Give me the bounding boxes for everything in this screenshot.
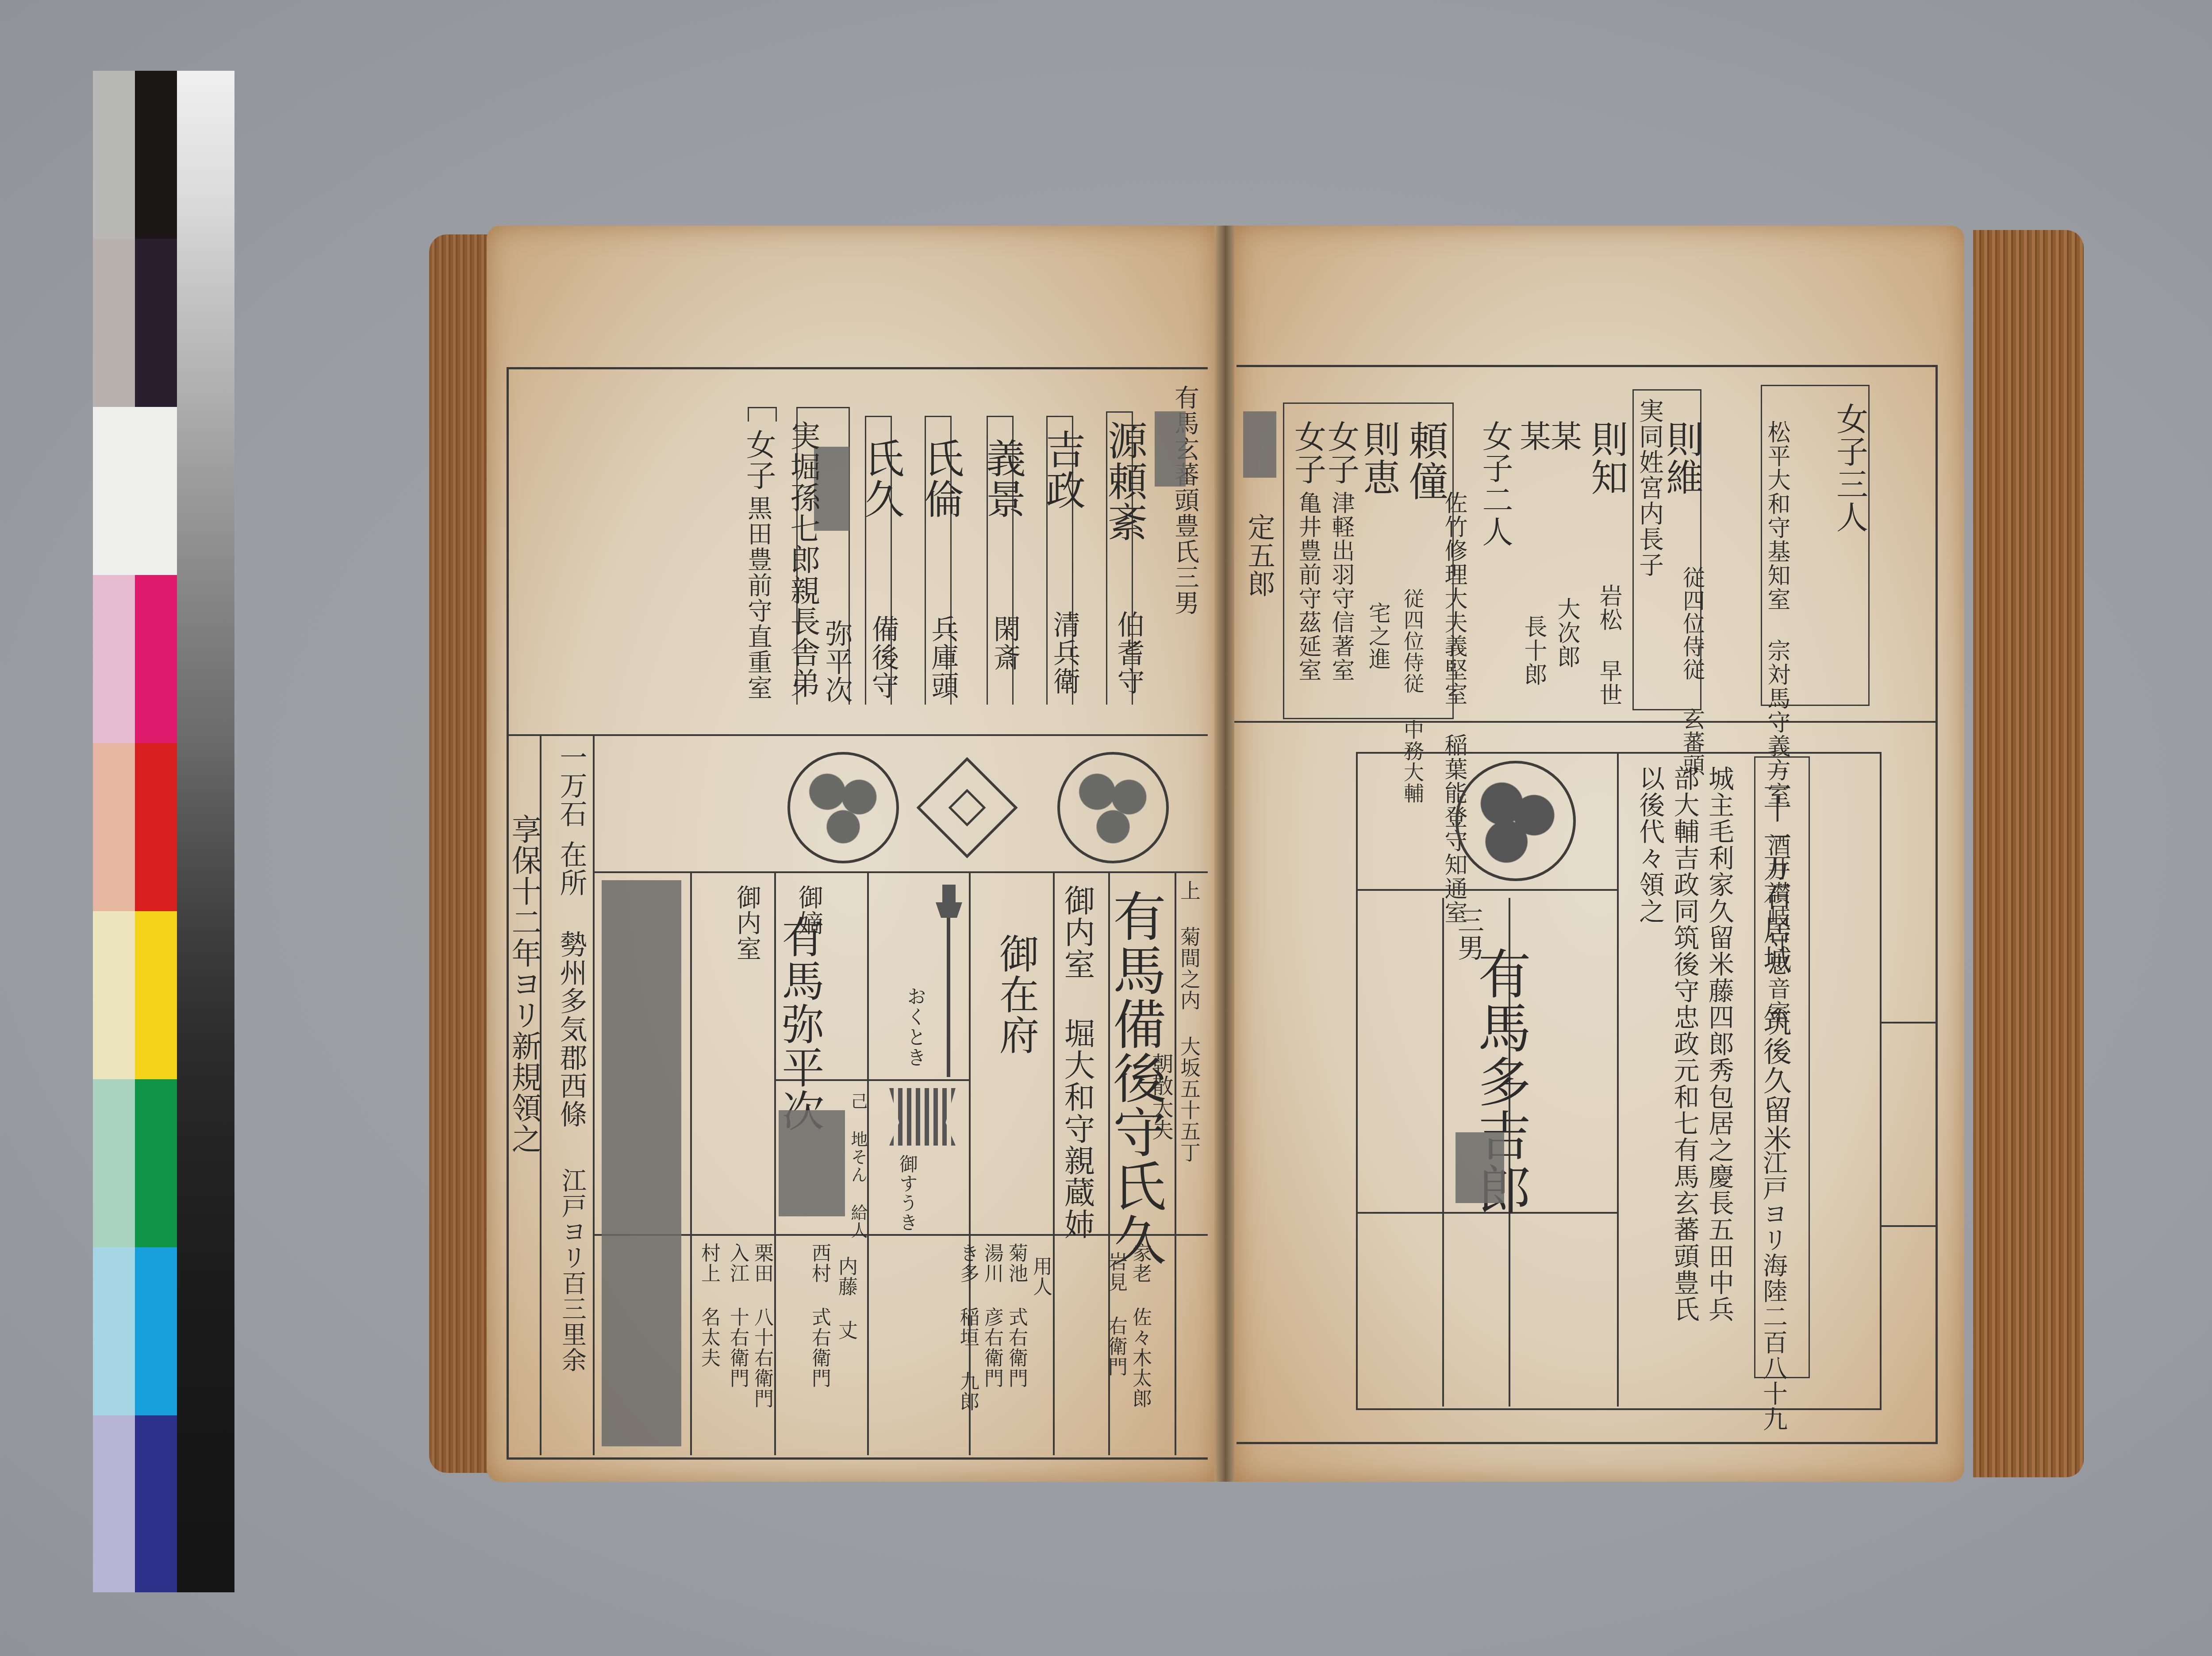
retainer-heading: 用人 — [1031, 1256, 1050, 1297]
spear-label: おくとき — [905, 986, 924, 1068]
crest-row-divider — [593, 871, 1208, 873]
genealogy-title: 弥平次 — [823, 619, 850, 704]
genealogy-name: 女子 — [743, 429, 773, 491]
standard-label: 御すうき — [898, 1154, 917, 1232]
genealogy-name: 義景 — [982, 438, 1022, 519]
retainer-list: 西村 式右衛門 — [810, 1243, 829, 1388]
genealogy-title: 宅之進 — [1367, 602, 1389, 671]
black-seal-box — [1455, 1132, 1504, 1203]
genealogy-name: 則恵 — [1360, 420, 1398, 496]
retainer-list: き多 稲垣 九郎 — [958, 1243, 977, 1412]
domain-history: 城主毛利家久留米藤四郎秀包居之慶長五田中兵部大輔吉政同筑後守忠政元和七有馬玄蕃頭… — [1632, 765, 1736, 1340]
calibration-patch — [135, 71, 177, 239]
genealogy-name: 某 — [1548, 420, 1579, 452]
genealogy-note: 実同姓宮内長子 — [1637, 398, 1662, 578]
genealogy-name: 頼僮 — [1405, 420, 1444, 502]
column-divider — [1617, 752, 1619, 1407]
column-divider — [1442, 898, 1444, 1407]
genealogy-name: 女子三人 — [1834, 402, 1866, 533]
calibration-patch — [135, 743, 177, 911]
mitsudomoe-crest-icon — [1057, 752, 1169, 863]
calibration-tint-column — [93, 71, 135, 1592]
retainer-list: 入江 十右衛門 — [728, 1243, 747, 1388]
calibration-patch — [93, 407, 135, 575]
column-divider — [1175, 871, 1176, 1455]
calibration-patch — [135, 239, 177, 407]
cell-divider — [1880, 1225, 1938, 1227]
calibration-saturated-column — [135, 71, 177, 1592]
residence-status: 御在府 — [995, 933, 1035, 1055]
book-fore-edge-left — [429, 234, 495, 1473]
genealogy-name: 実堀孫七郎親長舎弟 — [787, 420, 818, 699]
column-divider — [593, 734, 595, 1455]
retainer-list: 湯川 彦右衛門 — [982, 1243, 1002, 1388]
retainer-list: 菊池 式右衛門 — [1006, 1243, 1026, 1388]
genealogy-name: 源頼紊 — [1104, 420, 1144, 542]
gutter-label: 上 菊間之内 大坂五十五丁 — [1179, 880, 1199, 1163]
genealogy-name: 氏倫 — [920, 438, 960, 519]
genealogy-title: 清兵衛 — [1051, 610, 1078, 695]
distance-from-edo: 江戸ヨリ百三里余 — [560, 1168, 584, 1373]
calibration-patch — [93, 1079, 135, 1247]
distance-from-edo: 江戸ヨリ海陸二百八十九 — [1761, 1150, 1786, 1432]
book-fore-edge-right — [1973, 230, 2084, 1477]
calibration-patch — [135, 1415, 177, 1592]
retainer-list: 栗田 八十右衛門 — [752, 1243, 772, 1409]
retainer-heading: 内藤 丈 — [836, 1256, 856, 1341]
calibration-patch — [93, 239, 135, 407]
genealogy-title: 長十郎 — [1522, 615, 1545, 686]
crest-row-divider — [1356, 889, 1617, 891]
genealogy-note: 津軽出羽守信著室 — [1329, 491, 1352, 682]
lord-spouse: 御内室 堀大和守親蔵姉 — [1062, 885, 1093, 1240]
heir-spouse: 御内室 — [734, 885, 759, 962]
black-seal-box — [779, 1110, 845, 1216]
castle: 居城 筑後久留米 — [1761, 916, 1789, 1154]
section-divider — [507, 734, 1208, 736]
black-seal-box — [1155, 411, 1186, 487]
domain-note: 享保十二年ヨリ新規領之 — [509, 814, 539, 1154]
retainer-list: 家老 佐々木太郎 — [1130, 1243, 1150, 1409]
domain-location: 在所 勢州多気郡西條 — [557, 840, 585, 1128]
open-book: 有馬玄蕃頭豊氏三男 源頼紊 伯耆守 吉政 清兵衛 義景 閑斎 氏倫 兵庫頭 氏久… — [420, 221, 2093, 1486]
genealogy-name: 某 — [1517, 420, 1548, 452]
genealogy-title: 従四位侍従 玄蕃頭 — [1681, 566, 1703, 777]
spear-standard-icon — [929, 885, 969, 1079]
calibration-patch — [93, 575, 135, 743]
genealogy-name: 女子 — [1325, 420, 1357, 486]
genealogy-name: 則維 — [1663, 420, 1701, 496]
black-seal-box — [1243, 411, 1276, 478]
calibration-grayscale-column — [177, 71, 234, 1592]
genealogy-title: 伯耆守 — [1115, 610, 1142, 695]
genealogy-title: 兵庫頭 — [929, 615, 956, 700]
genealogy-note: 亀井豊前守茲延室 — [1296, 491, 1319, 682]
genealogy-title: 大次郎 — [1555, 597, 1578, 669]
calibration-patch — [135, 1247, 177, 1415]
genealogy-name: 定五郎 — [1245, 513, 1273, 598]
calibration-patch — [93, 911, 135, 1079]
calibration-patch — [93, 1247, 135, 1415]
stipend: 二十一万石 — [1761, 765, 1789, 911]
black-seal-box — [602, 880, 681, 1446]
genealogy-name: 女子 — [1292, 420, 1324, 486]
mitsudomoe-crest-icon — [1455, 761, 1576, 881]
calibration-patch — [93, 743, 135, 911]
right-page: 定五郎 女子 亀井豊前守茲延室 女子 津軽出羽守信著室 則恵 宅之進 頼僮 従四… — [1234, 226, 1964, 1482]
retainer-list: 岩見 右衛門 — [1106, 1252, 1125, 1377]
genealogy-bracket — [748, 407, 777, 422]
calibration-patch — [93, 71, 135, 239]
standard-umbrella-icon — [889, 1088, 956, 1146]
genealogy-note: 黒田豊前守直重室 — [745, 495, 770, 701]
genealogy-title: 備後守 — [869, 615, 897, 700]
genealogy-name: 則知 — [1588, 420, 1625, 496]
calibration-patch — [93, 1415, 135, 1592]
lord-name: 有馬備後守氏久 — [1108, 889, 1161, 1267]
book-gutter — [1214, 226, 1237, 1482]
genealogy-name: 女子二人 — [1480, 420, 1511, 548]
genealogy-name: 氏久 — [860, 438, 900, 519]
column-divider — [690, 871, 692, 1455]
cell-divider — [1880, 1022, 1938, 1023]
column-divider — [1053, 871, 1055, 1455]
left-page: 有馬玄蕃頭豊氏三男 源頼紊 伯耆守 吉政 清兵衛 義景 閑斎 氏倫 兵庫頭 氏久… — [487, 226, 1217, 1482]
genealogy-title: 閑斎 — [991, 615, 1018, 671]
retainer-list: 村上 名太夫 — [699, 1243, 718, 1368]
calibration-patch — [135, 407, 177, 575]
calibration-patch — [135, 911, 177, 1079]
heir-name: 有馬弥平次 — [779, 916, 821, 1132]
genealogy-name: 吉政 — [1042, 429, 1082, 510]
small-label: 己 地そん 給人 — [849, 1092, 866, 1239]
stipend: 一万石 — [557, 743, 585, 828]
mitsudomoe-crest-icon — [787, 752, 899, 863]
genealogy-title: 岩松 早世 — [1597, 584, 1620, 707]
section-divider — [1234, 721, 1938, 723]
calibration-patch — [135, 1079, 177, 1247]
calibration-patch — [135, 575, 177, 743]
color-calibration-chart — [93, 71, 234, 1592]
